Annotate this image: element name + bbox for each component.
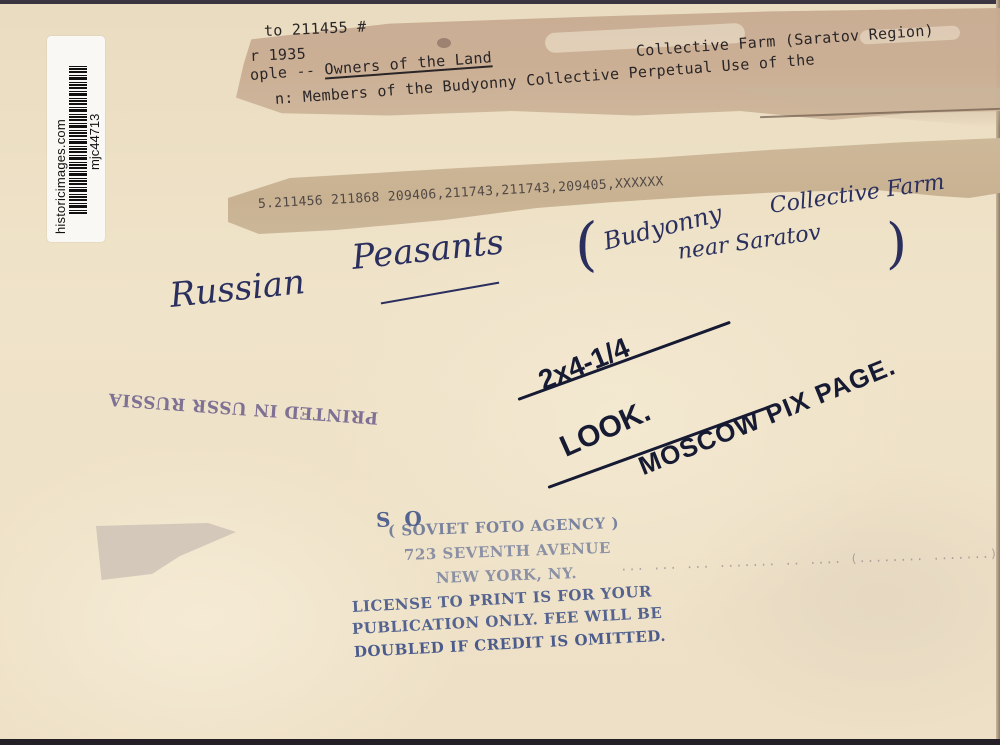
- typed-caption-line-4-prefix: n:: [274, 88, 303, 108]
- label-item-id: mjc44713: [87, 114, 102, 170]
- barcode-label-content: historicimages.com mjc44713: [47, 36, 105, 242]
- scan-bottom-edge: [0, 739, 1000, 745]
- paper-stain: [437, 38, 451, 48]
- typed-caption-gap: [491, 47, 511, 66]
- handwritten-paren-close: ): [886, 212, 907, 275]
- handwritten-paren-open: (: [575, 210, 598, 278]
- scan-top-edge: [0, 0, 1000, 4]
- barcode-icon: [69, 66, 87, 214]
- label-site-text: historicimages.com: [53, 119, 68, 234]
